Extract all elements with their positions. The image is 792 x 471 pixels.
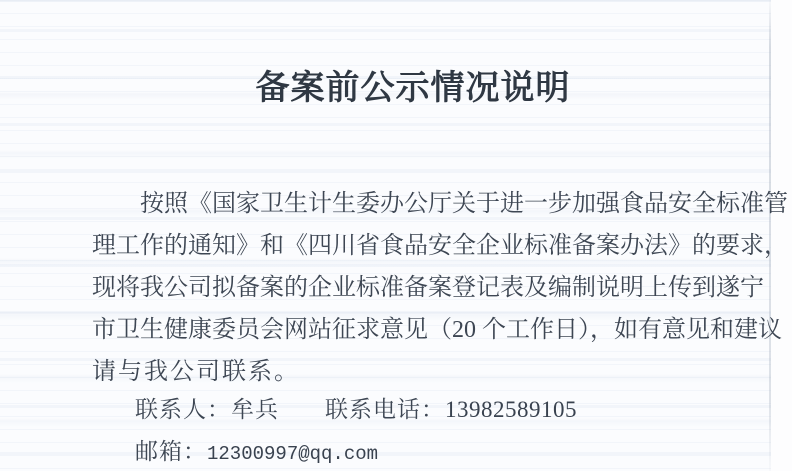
contact-person-label: 联系人：	[135, 397, 231, 422]
document-title: 备案前公示情况说明	[17, 60, 792, 109]
paragraph-line: 现将我公司拟备案的企业标准备案登记表及编制说明上传到遂宁	[92, 267, 742, 309]
contact-person-name: 牟兵	[231, 397, 279, 422]
paragraph-line: 请与我公司联系。	[92, 351, 742, 393]
body-paragraph: 按照《国家卫生计生委办公厅关于进一步加强食品安全标准管 理工作的通知》和《四川省…	[92, 183, 742, 393]
paragraph-line: 理工作的通知》和《四川省食品安全企业标准备案办法》的要求，	[92, 225, 742, 267]
email-value: 12300997@qq.com	[207, 443, 378, 465]
contact-phone-number: 13982589105	[445, 397, 577, 422]
paragraph-line: 按照《国家卫生计生委办公厅关于进一步加强食品安全标准管	[92, 183, 742, 225]
contact-phone-label: 联系电话：	[325, 397, 445, 422]
document-page: 备案前公示情况说明 按照《国家卫生计生委办公厅关于进一步加强食品安全标准管 理工…	[0, 0, 792, 471]
paragraph-line: 市卫生健康委员会网站征求意见（20 个工作日），如有意见和建议	[92, 309, 742, 351]
contact-row: 联系人：牟兵联系电话：13982589105	[135, 391, 577, 424]
email-row: 邮箱：12300997@qq.com	[135, 433, 378, 466]
email-label: 邮箱：	[135, 439, 207, 464]
